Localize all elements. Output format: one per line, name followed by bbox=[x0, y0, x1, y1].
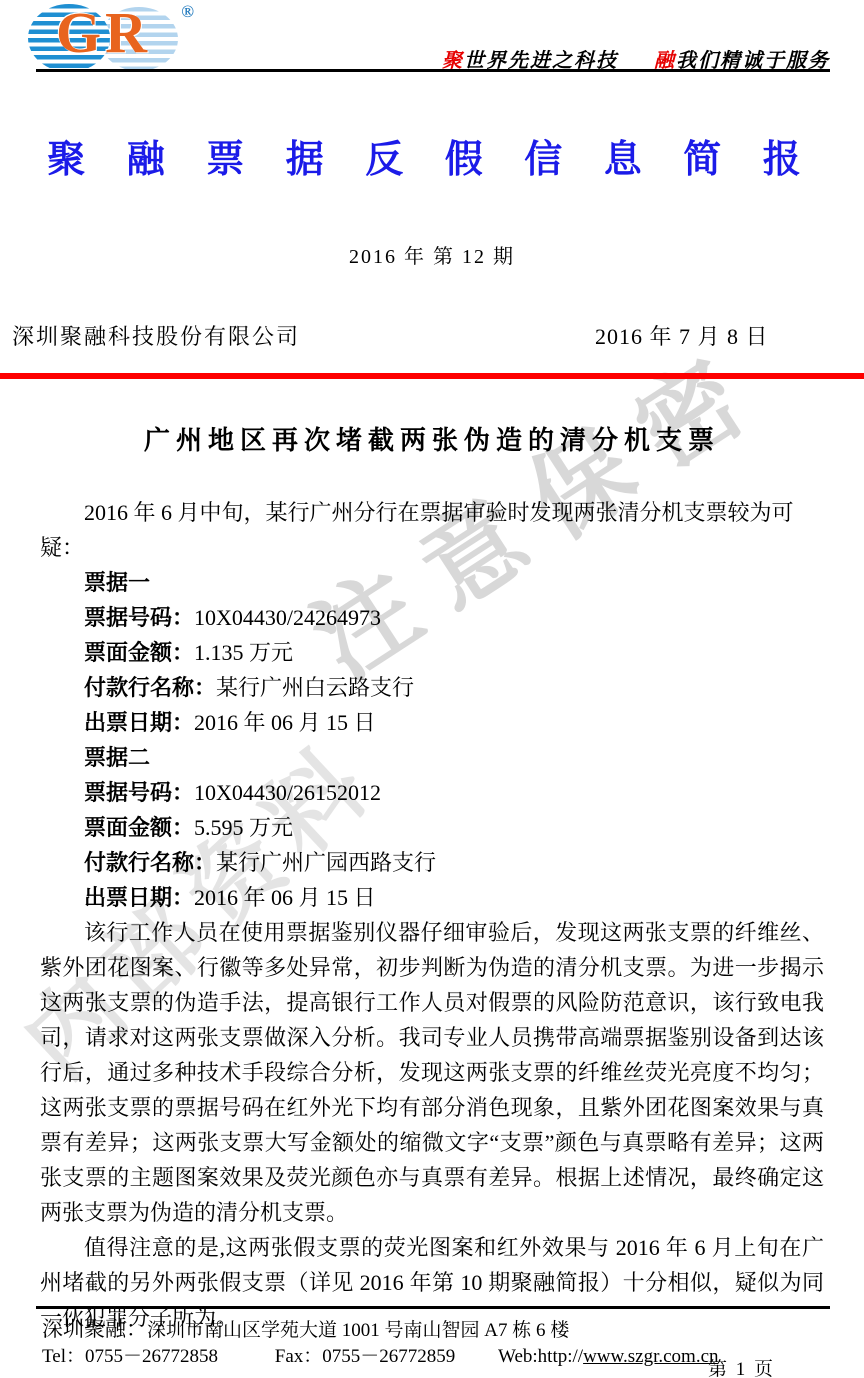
ticket-2-date: 出票日期：2016 年 06 月 15 日 bbox=[84, 880, 824, 915]
footer-address: 深圳聚融：深圳市南山区学苑大道 1001 号南山智园 A7 栋 6 楼 bbox=[42, 1313, 569, 1343]
intro-line: 2016 年 6 月中旬，某行广州分行在票据审验时发现两张清分机支票较为可疑： bbox=[40, 495, 824, 565]
ticket-1-amount: 票面金额：1.135 万元 bbox=[84, 635, 824, 670]
ticket-1-number: 票据号码：10X04430/24264973 bbox=[84, 600, 824, 635]
footer-address-text: 深圳市南山区学苑大道 1001 号南山智园 A7 栋 6 楼 bbox=[147, 1320, 569, 1341]
ticket-1-date: 出票日期：2016 年 06 月 15 日 bbox=[84, 705, 824, 740]
telephone: Tel：0755－26772858 bbox=[42, 1341, 218, 1368]
registered-trademark-icon: ® bbox=[181, 2, 194, 22]
header-divider bbox=[36, 69, 830, 72]
website: Web:http://www.szgr.com.cn bbox=[498, 1346, 718, 1368]
ticket-1-bank: 付款行名称：某行广州白云路支行 bbox=[84, 670, 824, 705]
ticket-2-amount: 票面金额：5.595 万元 bbox=[84, 810, 824, 845]
ticket-1-heading: 票据一 bbox=[84, 565, 824, 600]
company-name: 深圳聚融科技股份有限公司 bbox=[12, 320, 300, 351]
logo-gr-letters: GR bbox=[56, 0, 151, 68]
issue-number: 2016 年 第 12 期 bbox=[0, 240, 864, 269]
ticket-2-heading: 票据二 bbox=[84, 740, 824, 775]
company-logo: GR ® bbox=[28, 4, 180, 74]
bulletin-title: 聚 融 票 据 反 假 信 息 简 报 bbox=[0, 128, 864, 183]
fax: Fax：0755－26772859 bbox=[275, 1341, 456, 1368]
footer-contact: Tel：0755－26772858 Fax：0755－26772859 Web:… bbox=[42, 1341, 719, 1368]
article-body: 2016 年 6 月中旬，某行广州分行在票据审验时发现两张清分机支票较为可疑： … bbox=[40, 495, 824, 1335]
ticket-2-bank: 付款行名称：某行广州广园西路支行 bbox=[84, 845, 824, 880]
footer-address-label: 深圳聚融： bbox=[42, 1317, 147, 1341]
analysis-paragraph: 该行工作人员在使用票据鉴别仪器仔细审验后，发现这两张支票的纤维丝、紫外团花图案、… bbox=[40, 915, 824, 1230]
red-divider bbox=[0, 373, 864, 379]
page-number: 第 1 页 bbox=[708, 1354, 775, 1378]
ticket-2-number: 票据号码：10X04430/26152012 bbox=[84, 775, 824, 810]
issue-date: 2016 年 7 月 8 日 bbox=[595, 320, 769, 351]
article-title: 广州地区再次堵截两张伪造的清分机支票 bbox=[0, 420, 864, 457]
bulletin-page: 注意保密 内部资料 GR ® 聚世界先进之科技融我们精诚于服务 聚 融 票 据 … bbox=[0, 0, 864, 1378]
footer-divider bbox=[36, 1306, 830, 1309]
website-link[interactable]: www.szgr.com.cn bbox=[583, 1346, 718, 1367]
